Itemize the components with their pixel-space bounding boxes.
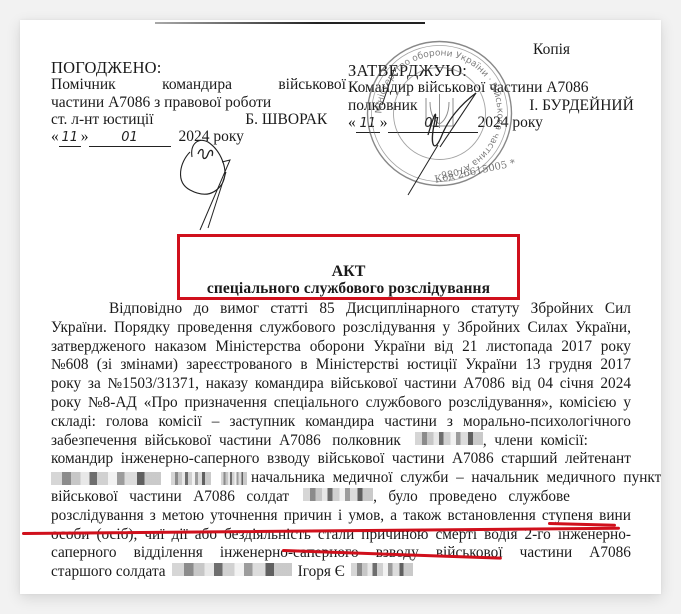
redacted-name [221, 472, 247, 485]
redacted-name [415, 432, 483, 445]
agreed-line2: частини А7086 з правової роботи [51, 94, 346, 111]
agreed-name: Б. ШВОРАК [245, 111, 327, 128]
body-line: старшого солдатаІгоря Є [51, 563, 631, 582]
body-line: року№8-АД«Пропризначенняспеціальногослуж… [51, 394, 631, 413]
approved-name: І. БУРДЕЙНИЙ [529, 97, 634, 114]
signature-left-icon [160, 132, 270, 232]
approved-date-month: 01 [388, 115, 478, 133]
approved-rank-name: полковник І. БУРДЕЙНИЙ [348, 97, 638, 114]
redacted-name [303, 488, 373, 501]
body-line: начальника медичної служби – начальник м… [51, 469, 631, 488]
copy-mark: Копія [533, 41, 570, 58]
redacted-name [172, 563, 292, 576]
body-line: України.Порядкупроведенняслужбовогорозсл… [51, 319, 631, 338]
agreed-date-month: 01 [89, 129, 171, 147]
redacted-name [171, 472, 211, 485]
body-line: рокуза№1503/31371,наказукомандиравійсько… [51, 375, 631, 394]
agreed-line1: Помічник командира військової [51, 76, 346, 93]
approved-date-year: 2024 [478, 114, 509, 131]
approved-line1: Командир військової частини А7086 [348, 79, 638, 96]
body-line: забезпечення військової частини А7086 по… [51, 432, 631, 451]
approved-date: «11»012024 року [348, 114, 638, 131]
body-line: розслідуваннязметоюуточненняпричиніумов,… [51, 507, 631, 526]
redacted-name [51, 472, 161, 485]
body-line: Відповіднодовимогстатті85Дисциплінарного… [51, 300, 631, 319]
agreed-rank: ст. л-нт юстиції [51, 111, 154, 128]
agreed-date: «11»012024 року [51, 128, 346, 145]
stamp-code: Код 26615005 * [434, 158, 517, 186]
act-title: АКТ [180, 263, 517, 281]
act-subtitle: спеціального службового розслідування [180, 280, 517, 298]
approved-heading: ЗАТВЕРДЖУЮ: [348, 62, 638, 79]
act-title-highlight: АКТ спеціального службового розслідуванн… [177, 234, 520, 300]
body-line: затвердженогонаказомМіністерстваоборониУ… [51, 338, 631, 357]
body-line: №608(зізмінами)зареєстрованоговМіністерс… [51, 356, 631, 375]
act-body: Відповіднодовимогстатті85Дисциплінарного… [51, 300, 631, 582]
agreed-rank-name: ст. л-нт юстиції Б. ШВОРАК [51, 111, 346, 128]
agreed-heading: ПОГОДЖЕНО: [51, 59, 346, 76]
agreed-block: ПОГОДЖЕНО: Помічник командира військової… [51, 59, 346, 145]
document-page: Копія ПОГОДЖЕНО: Помічник командира війс… [20, 20, 661, 594]
redacted-name [351, 563, 413, 576]
body-line: командирінженерно-саперноговзводувійсько… [51, 450, 631, 469]
approved-date-day: 11 [356, 115, 380, 133]
approved-rank: полковник [348, 97, 418, 114]
approved-block: ЗАТВЕРДЖУЮ: Командир військової частини … [348, 62, 638, 131]
body-line: військової частини А7086 солдат, було пр… [51, 488, 631, 507]
agreed-date-day: 11 [59, 129, 81, 147]
body-line: складі:головакомісії–заступниккомандирач… [51, 413, 631, 432]
agreed-date-year: 2024 [179, 128, 210, 145]
scan-edge-line [155, 22, 425, 24]
